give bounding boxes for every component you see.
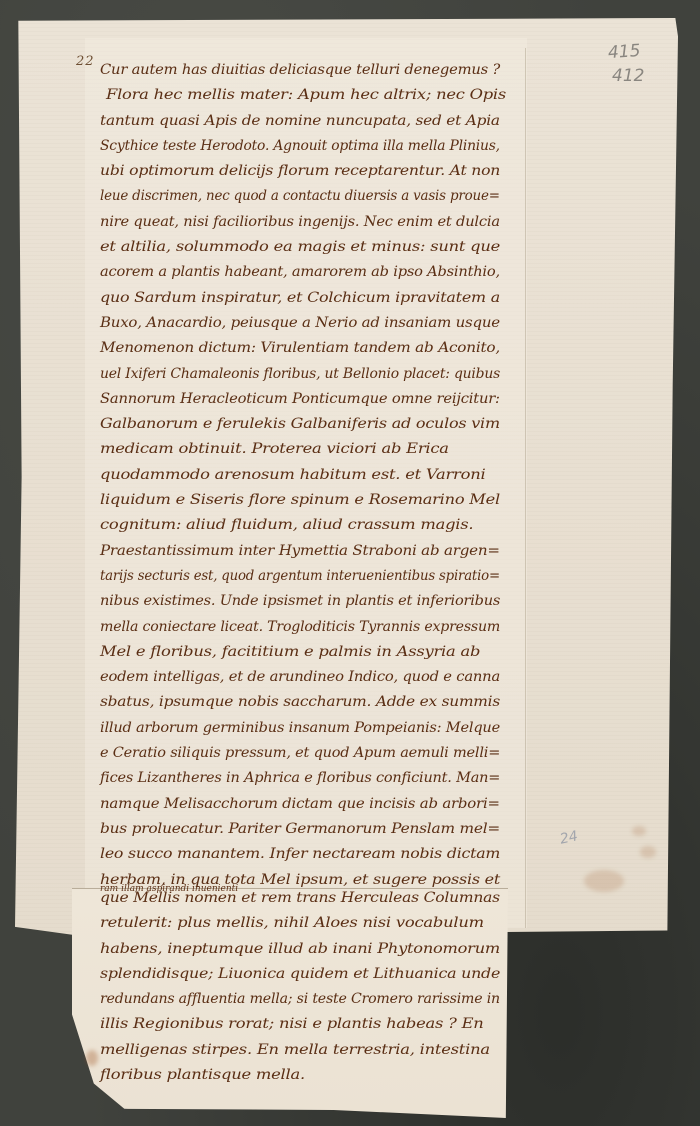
stain-spot [86,1050,98,1066]
text-line: quo Sardum inspiratur, et Colchicum ipra… [100,290,510,315]
text-line: tarijs secturis est, quod argentum inter… [100,568,510,593]
stain-spot [640,846,656,858]
text-line: medicam obtinuit. Proterea viciori ab Er… [100,441,510,466]
text-line: fices Lizantheres in Aphrica e floribus … [100,770,510,795]
text-line: illud arborum germinibus insanum Pompeia… [100,720,510,745]
stain-spot [584,870,624,892]
text-line: acorem a plantis habeant, amarorem ab ip… [100,264,510,289]
text-line: ubi optimorum delicijs florum receptaren… [100,163,510,188]
slip-text-line: melligenas stirpes. En mella terrestria,… [100,1042,510,1067]
text-line: leo succo manantem. Infer nectaream nobi… [100,846,510,871]
text-line: nire queat, nisi facilioribus ingenijs. … [100,214,510,239]
text-line: Sannorum Heracleoticum Ponticumque omne … [100,391,510,416]
text-line: et altilia, solummodo ea magis et minus:… [100,239,510,264]
text-line: leue discrimen, nec quod a contactu diue… [100,188,510,213]
text-line: Menomenon dictum: Virulentiam tandem ab … [100,340,510,365]
text-line: liquidum e Siseris flore spinum e Rosema… [100,492,510,517]
text-line: uel Ixiferi Chamaleonis floribus, ut Bel… [100,366,510,391]
slip-text-line: redundans affluentia mella; si teste Cro… [100,991,510,1016]
stain-spot [632,826,646,836]
slip-text-line: floribus plantisque mella. [100,1067,510,1092]
folio-number-crossed: 415 [607,41,641,63]
folio-number: 412 [612,66,644,86]
text-line: quodammodo arenosum habitum est. et Varr… [100,467,510,492]
text-line: Praestantissimum inter Hymettia Straboni… [100,543,510,568]
page-number: 22 [76,54,95,69]
text-line: nibus existimes. Unde ipsismet in planti… [100,593,510,618]
text-line: Galbanorum e ferulekis Galbaniferis ad o… [100,416,510,441]
text-line: namque Melisacchorum dictam que incisis … [100,796,510,821]
text-line: sbatus, ipsumque nobis saccharum. Adde e… [100,694,510,719]
text-line: e Ceratio siliquis pressum, et quod Apum… [100,745,510,770]
text-line: Scythice teste Herodoto. Agnouit optima … [100,138,510,163]
text-line: Cur autem has diuitias deliciasque tellu… [100,62,510,87]
text-line: bus proluecatur. Pariter Germanorum Pens… [100,821,510,846]
text-line: tantum quasi Apis de nomine nuncupata, s… [100,113,510,138]
text-line: eodem intelligas, et de arundineo Indico… [100,669,510,694]
text-line: Flora hec mellis mater: Apum hec altrix;… [106,87,510,112]
slip-text-line: splendidisque; Liuonica quidem et Lithua… [100,966,510,991]
slip-text-line: que Mellis nomen et rem trans Herculeas … [100,890,510,915]
text-line: Buxo, Anacardio, peiusque a Nerio ad ins… [100,315,510,340]
slip-text-block: que Mellis nomen et rem trans Herculeas … [100,890,510,1092]
slip-text-line: illis Regionibus rorat; nisi e plantis h… [100,1016,510,1041]
slip-text-line: retulerit: plus mellis, nihil Aloes nisi… [100,915,510,940]
fold-line [525,48,526,928]
text-line: Mel e floribus, facititium e palmis in A… [100,644,510,669]
main-text-block: Cur autem has diuitias deliciasque tellu… [100,62,510,922]
text-line: cognitum: aliud fluidum, aliud crassum m… [100,517,510,542]
slip-text-line: habens, ineptumque illud ab inani Phyton… [100,941,510,966]
text-line: mella coniectare liceat. Trogloditicis T… [100,619,510,644]
